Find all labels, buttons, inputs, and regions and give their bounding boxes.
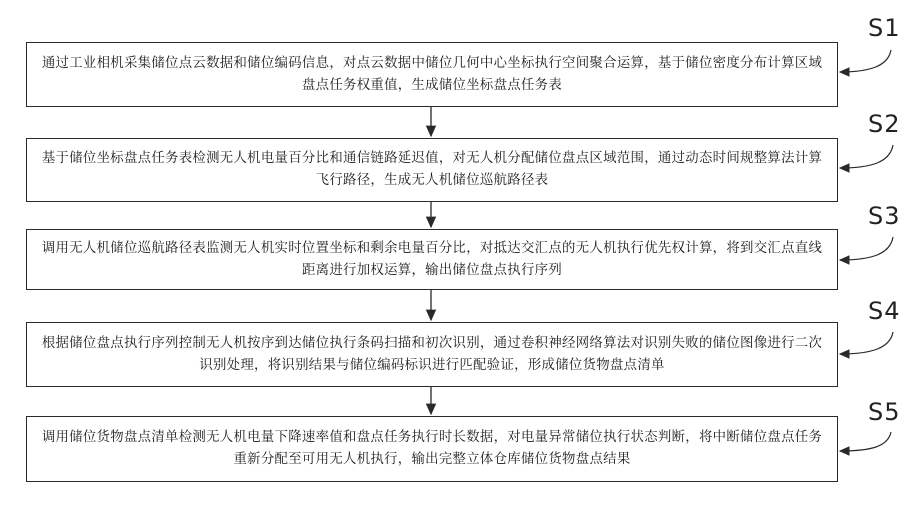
step-box-s3: 调用无人机储位巡航路径表监测无人机实时位置坐标和剩余电量百分比，对抵达交汇点的无… xyxy=(26,229,838,290)
leader-s3 xyxy=(840,237,893,260)
leader-s4 xyxy=(840,332,893,354)
step-box-s4: 根据储位盘点执行序列控制无人机按序到达储位执行条码扫描和初次识别，通过卷积神经网… xyxy=(26,322,838,387)
step-box-s2: 基于储位坐标盘点任务表检测无人机电量百分比和通信链路延迟值，对无人机分配储位盘点… xyxy=(26,138,838,202)
step-label-s2: S2 xyxy=(868,110,901,138)
leader-s2 xyxy=(840,145,893,168)
step-text-s2: 基于储位坐标盘点任务表检测无人机电量百分比和通信链路延迟值，对无人机分配储位盘点… xyxy=(41,148,823,192)
leader-s5 xyxy=(840,432,891,451)
step-text-s1: 通过工业相机采集储位点云数据和储位编码信息，对点云数据中储位几何中心坐标执行空间… xyxy=(41,53,823,97)
step-text-s3: 调用无人机储位巡航路径表监测无人机实时位置坐标和剩余电量百分比，对抵达交汇点的无… xyxy=(41,238,823,282)
step-label-s1: S1 xyxy=(868,14,901,42)
step-label-s5: S5 xyxy=(868,398,901,426)
step-text-s5: 调用储位货物盘点清单检测无人机电量下降速率值和盘点任务执行时长数据，对电量异常储… xyxy=(41,427,823,471)
step-text-s4: 根据储位盘点执行序列控制无人机按序到达储位执行条码扫描和初次识别，通过卷积神经网… xyxy=(41,333,823,377)
step-label-s3: S3 xyxy=(868,202,901,230)
leader-s1 xyxy=(840,50,891,72)
step-box-s1: 通过工业相机采集储位点云数据和储位编码信息，对点云数据中储位几何中心坐标执行空间… xyxy=(26,42,838,107)
step-box-s5: 调用储位货物盘点清单检测无人机电量下降速率值和盘点任务执行时长数据，对电量异常储… xyxy=(26,416,838,482)
step-label-s4: S4 xyxy=(868,297,901,325)
